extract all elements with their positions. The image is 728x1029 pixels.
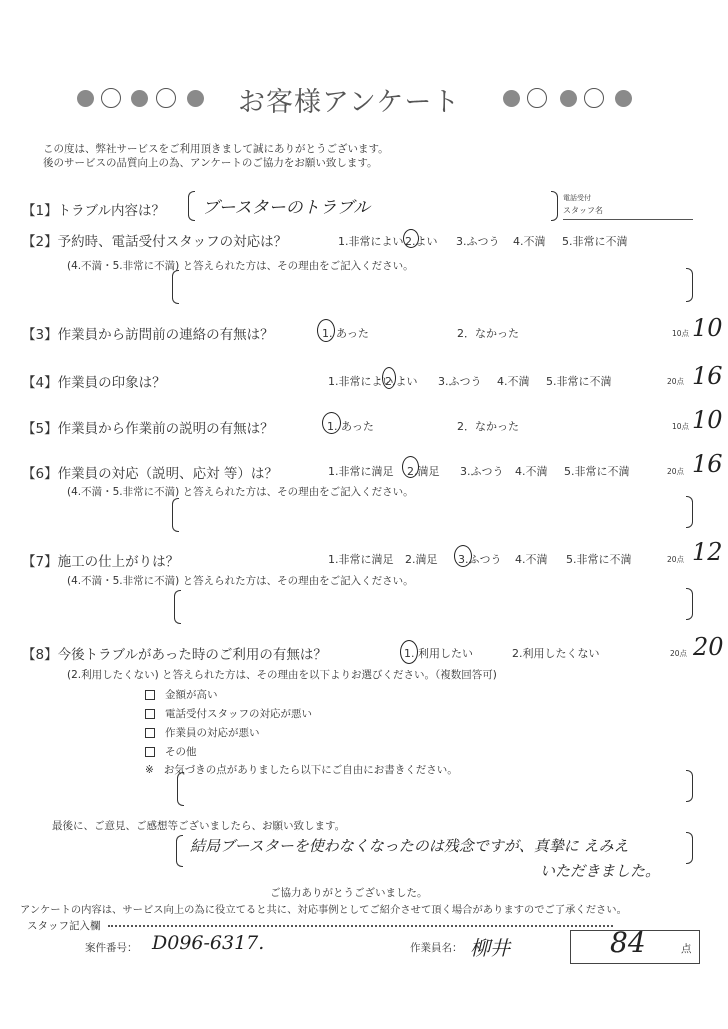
- final-bracket-right: [686, 832, 693, 864]
- case-number-label: 案件番号：: [85, 940, 138, 955]
- q8-option-1[interactable]: 1. 利用したい: [404, 645, 473, 661]
- q6-option-1[interactable]: 1.非常に満足: [328, 463, 394, 479]
- decor-dot-filled-icon: [560, 90, 577, 107]
- final-bracket-left: [176, 835, 183, 867]
- decor-dot-outline-icon: [584, 88, 604, 108]
- q8-reason-prompt: (2.利用したくない) と答えられた方は、その理由を以下よりお選びください。（複…: [67, 667, 497, 682]
- q6-points-label: 20点: [667, 466, 684, 477]
- q7-reason-prompt: (4.不満・5.非常に不満) と答えられた方は、その理由をご記入ください。: [67, 573, 414, 588]
- worker-name-label: 作業員名：: [410, 940, 463, 955]
- q8-bracket-left: [177, 772, 184, 806]
- final-comment-line-2[interactable]: いただきました。: [540, 860, 660, 881]
- decor-dot-outline-icon: [527, 88, 547, 108]
- q2-option-4[interactable]: 4.不満: [513, 233, 546, 249]
- q7-bracket-left: [174, 590, 181, 624]
- q8-checkbox-4-label: その他: [165, 746, 197, 758]
- worker-name-value[interactable]: 柳井: [470, 932, 510, 961]
- q2-label: 【2】予約時、電話受付スタッフの対応は？: [22, 230, 287, 250]
- q8-score[interactable]: 20: [693, 633, 724, 661]
- q1-label: 【1】トラブル内容は？: [22, 199, 165, 219]
- q8-checkbox-2[interactable]: 電話受付スタッフの対応が悪い: [145, 706, 312, 721]
- decor-dot-outline-icon: [156, 88, 176, 108]
- total-score-unit: 点: [681, 941, 692, 956]
- q4-points-label: 20点: [667, 376, 684, 387]
- checkbox-icon[interactable]: [145, 728, 155, 738]
- q8-checkbox-3[interactable]: 作業員の対応が悪い: [145, 725, 260, 740]
- q2-option-5[interactable]: 5.非常に不満: [562, 233, 628, 249]
- decor-dot-filled-icon: [131, 90, 148, 107]
- q7-score[interactable]: 12: [692, 538, 723, 566]
- final-prompt: 最後に、ご意見、ご感想等ございましたら、お願い致します。: [52, 818, 345, 833]
- case-number-value[interactable]: D096-6317.: [152, 932, 264, 954]
- staff-section-label: スタッフ記入欄: [27, 918, 101, 933]
- q7-option-3[interactable]: 3.ふつう: [458, 551, 502, 567]
- q3-points-label: 10点: [672, 328, 689, 339]
- intro-line-1: この度は、弊社サービスをご利用頂きまして誠にありがとうございます。: [43, 142, 389, 156]
- q2-reason-prompt: (4.不満・5.非常に不満) と答えられた方は、その理由をご記入ください。: [67, 258, 414, 273]
- q7-reason-field[interactable]: [184, 595, 682, 617]
- q6-label: 【6】作業員の対応（説明、応対 等）は？: [22, 462, 278, 482]
- q6-option-3[interactable]: 3.ふつう: [460, 463, 504, 479]
- q6-score[interactable]: 16: [692, 450, 723, 478]
- checkbox-icon[interactable]: [145, 747, 155, 757]
- q6-reason-prompt: (4.不満・5.非常に不満) と答えられた方は、その理由をご記入ください。: [67, 484, 414, 499]
- q1-staff-label-2: スタッフ名: [563, 205, 603, 216]
- q4-option-5[interactable]: 5.非常に不満: [546, 373, 612, 389]
- decor-dot-filled-icon: [77, 90, 94, 107]
- checkbox-icon[interactable]: [145, 690, 155, 700]
- q7-points-label: 20点: [667, 554, 684, 565]
- q8-label: 【8】今後トラブルがあった時のご利用の有無は？: [22, 643, 327, 663]
- q2-option-3[interactable]: 3.ふつう: [456, 233, 500, 249]
- q8-note-prompt: お気づきの点がありましたら以下にご自由にお書きください。: [164, 764, 458, 776]
- title-row: お客様アンケート: [0, 80, 728, 116]
- q4-label: 【4】作業員の印象は？: [22, 371, 166, 391]
- q7-label: 【7】施工の仕上がりは？: [22, 550, 179, 570]
- q4-selected-circle: [382, 367, 396, 389]
- q6-option-5[interactable]: 5.非常に不満: [564, 463, 630, 479]
- q6-option-4[interactable]: 4.不満: [515, 463, 548, 479]
- q4-option-4[interactable]: 4.不満: [497, 373, 530, 389]
- q8-checkbox-1-label: 金額が高い: [165, 689, 218, 701]
- q2-bracket-left: [172, 270, 179, 304]
- q7-option-4[interactable]: 4.不満: [515, 551, 548, 567]
- q8-checkbox-4[interactable]: その他: [145, 744, 197, 759]
- q7-bracket-right: [686, 588, 693, 620]
- q8-note: ※お気づきの点がありましたら以下にご自由にお書きください。: [145, 762, 458, 777]
- decor-dot-outline-icon: [101, 88, 121, 108]
- q3-option-1[interactable]: 1. あった: [322, 325, 369, 341]
- q2-reason-field[interactable]: [182, 276, 682, 298]
- total-score-value[interactable]: 84: [610, 926, 646, 959]
- q2-bracket-right: [686, 268, 693, 302]
- q8-checkbox-2-label: 電話受付スタッフの対応が悪い: [165, 708, 312, 720]
- final-comment-line-1[interactable]: 結局ブースターを使わなくなったのは残念ですが、真摯に えみえ: [190, 835, 629, 856]
- q2-option-1[interactable]: 1.非常によい: [338, 233, 404, 249]
- notice-text: アンケートの内容は、サービス向上の為に役立てると共に、対応事例としてご紹介させて…: [20, 901, 627, 916]
- q1-staff-underline[interactable]: [563, 219, 693, 220]
- page-title: お客様アンケート: [238, 80, 460, 119]
- q6-selected-circle: [402, 456, 419, 478]
- q8-checkbox-3-label: 作業員の対応が悪い: [165, 727, 260, 739]
- thanks-text: ご協力ありがとうございました。: [270, 885, 428, 900]
- q3-score[interactable]: 10: [692, 314, 723, 342]
- decor-dot-filled-icon: [615, 90, 632, 107]
- q7-option-1[interactable]: 1.非常に満足: [328, 551, 394, 567]
- q1-staff-label-1: 電話受付: [563, 193, 591, 203]
- q8-points-label: 20点: [670, 648, 687, 659]
- q8-checkbox-1[interactable]: 金額が高い: [145, 687, 218, 702]
- decor-dot-filled-icon: [187, 90, 204, 107]
- q2-selected-circle: [403, 229, 419, 248]
- q3-label: 【3】作業員から訪問前の連絡の有無は？: [22, 323, 274, 343]
- staff-section-dotted-line: [108, 925, 613, 927]
- q8-option-2[interactable]: 2.利用したくない: [512, 645, 600, 661]
- q1-bracket-right: [551, 191, 558, 221]
- q7-option-5[interactable]: 5.非常に不満: [566, 551, 632, 567]
- q1-bracket-left: [188, 191, 195, 221]
- intro-line-2: 後のサービスの品質向上の為、アンケートのご協力をお願い致します。: [43, 156, 378, 170]
- q3-option-2[interactable]: 2．なかった: [457, 325, 519, 341]
- q6-reason-field[interactable]: [182, 503, 682, 525]
- q6-bracket-right: [686, 496, 693, 528]
- checkbox-icon[interactable]: [145, 709, 155, 719]
- q5-score[interactable]: 10: [692, 406, 723, 434]
- q5-option-1[interactable]: 1. あった: [327, 418, 374, 434]
- q5-label: 【5】作業員から作業前の説明の有無は？: [22, 417, 274, 437]
- q8-bracket-right: [686, 770, 693, 802]
- q7-option-2[interactable]: 2.満足: [405, 551, 438, 567]
- q6-bracket-left: [172, 498, 179, 532]
- q1-answer[interactable]: ブースターのトラブル: [202, 193, 370, 218]
- q4-option-3[interactable]: 3.ふつう: [438, 373, 482, 389]
- decor-dot-filled-icon: [503, 90, 520, 107]
- note-mark-icon: ※: [145, 764, 154, 776]
- q5-points-label: 10点: [672, 421, 689, 432]
- q4-score[interactable]: 16: [692, 362, 723, 390]
- q5-option-2[interactable]: 2．なかった: [457, 418, 519, 434]
- q8-note-field[interactable]: [187, 777, 682, 799]
